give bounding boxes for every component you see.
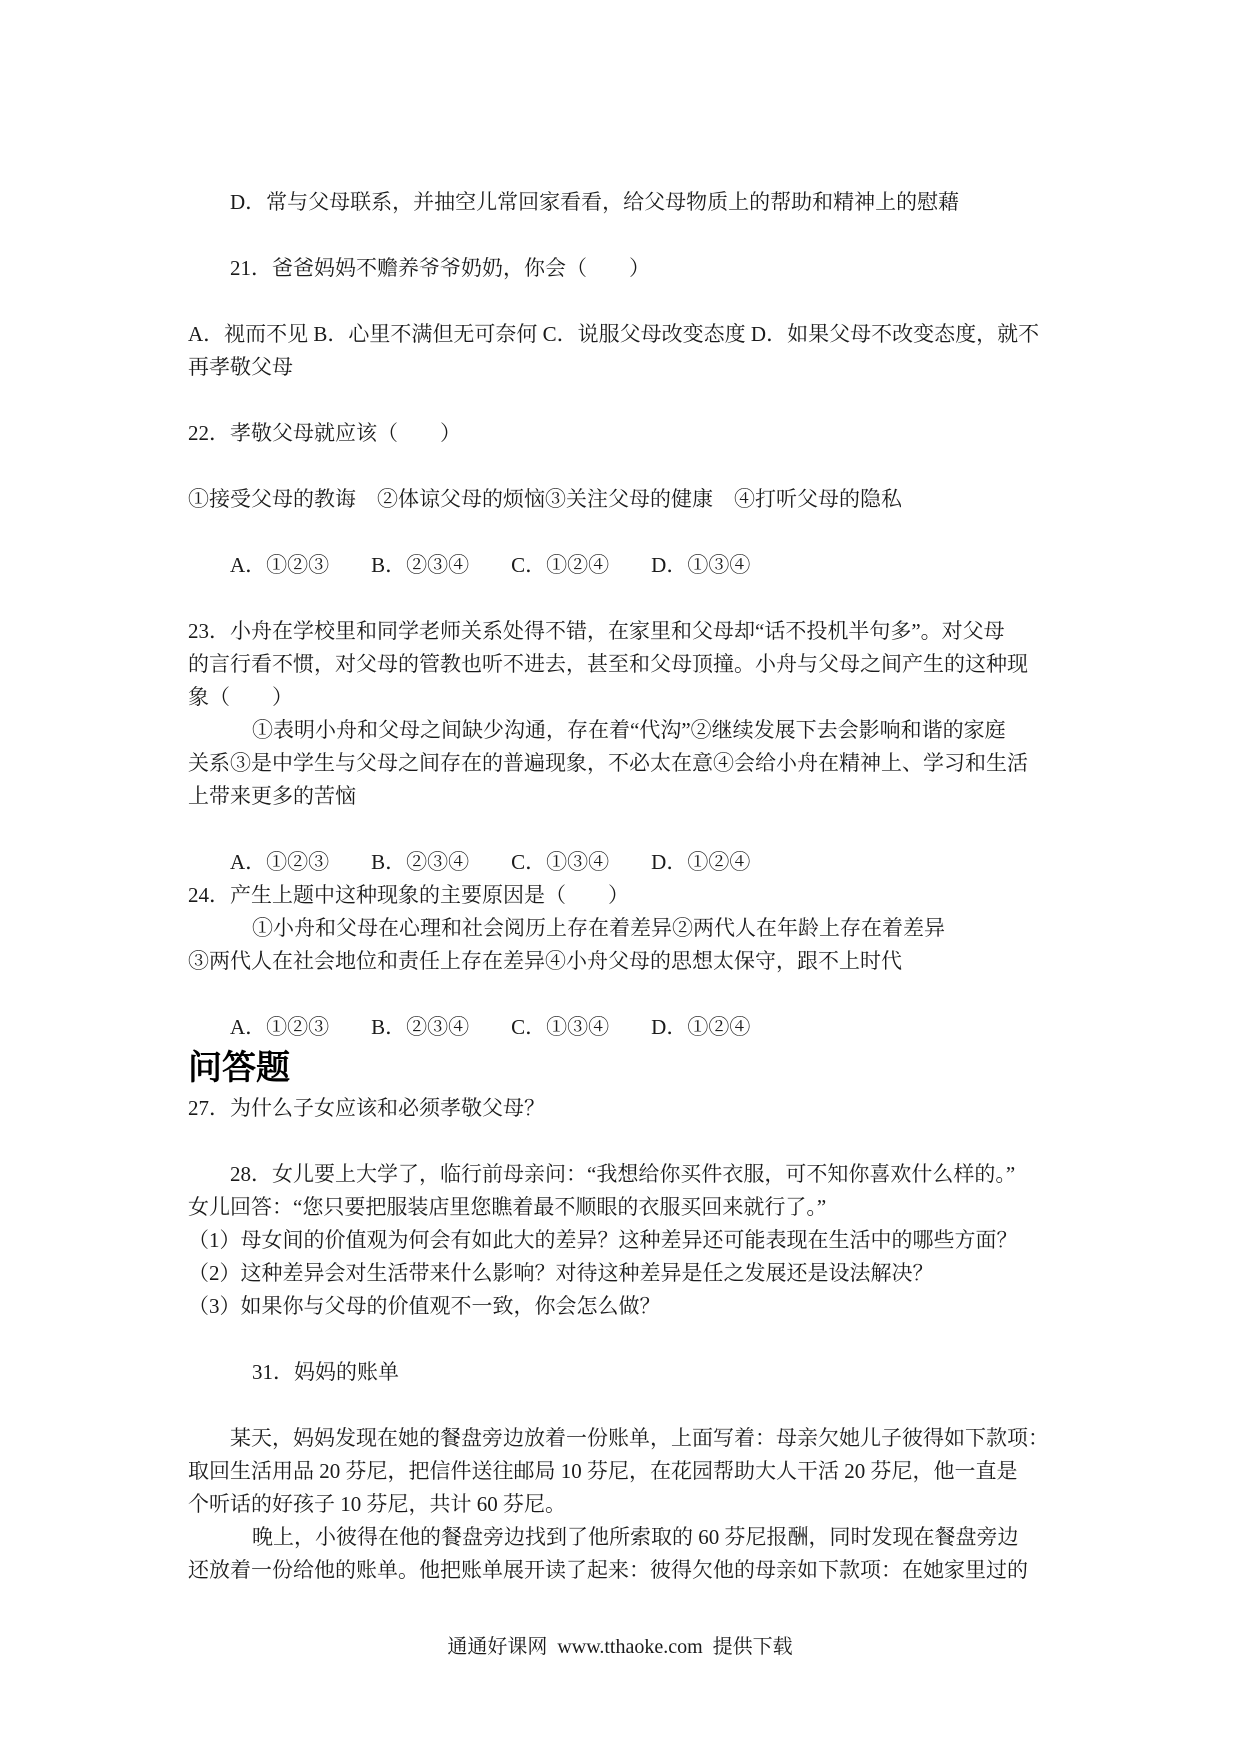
- blank-line: [188, 1389, 1113, 1422]
- text-line: 24．产生上题中这种现象的主要原因是（ ）: [188, 879, 1113, 912]
- blank-line: [188, 384, 1113, 417]
- text-line: 23．小舟在学校里和同学老师关系处得不错，在家里和父母却“话不投机半句多”。对父…: [188, 615, 1113, 648]
- footer-site-name: 通通好课网: [447, 1636, 547, 1658]
- text-line: 还放着一份给他的账单。他把账单展开读了起来：彼得欠他的母亲如下款项：在她家里过的: [188, 1554, 1113, 1587]
- blank-line: [188, 813, 1113, 846]
- text-line: 31．妈妈的账单: [188, 1356, 1113, 1389]
- blank-line: [188, 1323, 1113, 1356]
- text-line: 关系③是中学生与父母之间存在的普遍现象，不必太在意④会给小舟在精神上、学习和生活: [188, 747, 1113, 780]
- blank-line: [188, 450, 1113, 483]
- section-heading: 问答题: [188, 1044, 1113, 1092]
- text-line: A．视而不见 B．心里不满但无可奈何 C．说服父母改变态度 D．如果父母不改变态…: [188, 318, 1113, 351]
- text-line: 28．女儿要上大学了，临行前母亲问：“我想给你买件衣服，可不知你喜欢什么样的。”: [188, 1158, 1113, 1191]
- blank-line: [188, 516, 1113, 549]
- text-line: 的言行看不惯，对父母的管教也听不进去，甚至和父母顶撞。小舟与父母之间产生的这种现: [188, 648, 1113, 681]
- footer-suffix: 提供下载: [713, 1636, 793, 1658]
- text-line: ①小舟和父母在心理和社会阅历上存在着差异②两代人在年龄上存在着差异: [188, 912, 1113, 945]
- blank-line: [188, 978, 1113, 1011]
- blank-line: [188, 219, 1113, 252]
- text-line: 象（ ）: [188, 681, 1113, 714]
- text-line: 27．为什么子女应该和必须孝敬父母？: [188, 1092, 1113, 1125]
- text-line: ①表明小舟和父母之间缺少沟通，存在着“代沟”②继续发展下去会影响和谐的家庭: [188, 714, 1113, 747]
- text-line: ①接受父母的教诲 ②体谅父母的烦恼③关注父母的健康 ④打听父母的隐私: [188, 483, 1113, 516]
- blank-line: [188, 582, 1113, 615]
- text-line: A．①②③ B．②③④ C．①③④ D．①②④: [188, 1011, 1113, 1044]
- document-body: D．常与父母联系，并抽空儿常回家看看，给父母物质上的帮助和精神上的慰藉 21．爸…: [188, 186, 1113, 1587]
- document-page: D．常与父母联系，并抽空儿常回家看看，给父母物质上的帮助和精神上的慰藉 21．爸…: [0, 0, 1240, 1754]
- text-line: 再孝敬父母: [188, 351, 1113, 384]
- text-line: 女儿回答：“您只要把服装店里您瞧着最不顺眼的衣服买回来就行了。”: [188, 1191, 1113, 1224]
- text-line: A．①②③ B．②③④ C．①③④ D．①②④: [188, 846, 1113, 879]
- text-line: ③两代人在社会地位和责任上存在差异④小舟父母的思想太保守，跟不上时代: [188, 945, 1113, 978]
- text-line: 21．爸爸妈妈不赡养爷爷奶奶，你会（ ）: [188, 252, 1113, 285]
- text-line: 晚上，小彼得在他的餐盘旁边找到了他所索取的 60 芬尼报酬，同时发现在餐盘旁边: [188, 1521, 1113, 1554]
- footer-spacer-1: [547, 1636, 557, 1658]
- text-line: 某天，妈妈发现在她的餐盘旁边放着一份账单，上面写着：母亲欠她儿子彼得如下款项：: [188, 1422, 1113, 1455]
- text-line: 22．孝敬父母就应该（ ）: [188, 417, 1113, 450]
- blank-line: [188, 285, 1113, 318]
- text-line: （3）如果你与父母的价值观不一致，你会怎么做？: [188, 1290, 1113, 1323]
- text-line: 上带来更多的苦恼: [188, 780, 1113, 813]
- page-footer: 通通好课网 www.tthaoke.com 提供下载: [0, 1630, 1240, 1659]
- text-line: A．①②③ B．②③④ C．①②④ D．①③④: [188, 549, 1113, 582]
- blank-line: [188, 1125, 1113, 1158]
- footer-spacer-2: [703, 1636, 713, 1658]
- text-line: D．常与父母联系，并抽空儿常回家看看，给父母物质上的帮助和精神上的慰藉: [188, 186, 1113, 219]
- footer-url: www.tthaoke.com: [557, 1636, 702, 1658]
- text-line: （1）母女间的价值观为何会有如此大的差异？这种差异还可能表现在生活中的哪些方面？: [188, 1224, 1113, 1257]
- text-line: 个听话的好孩子 10 芬尼，共计 60 芬尼。: [188, 1488, 1113, 1521]
- text-line: 取回生活用品 20 芬尼，把信件送往邮局 10 芬尼，在花园帮助大人干活 20 …: [188, 1455, 1113, 1488]
- text-line: （2）这种差异会对生活带来什么影响？对待这种差异是任之发展还是设法解决？: [188, 1257, 1113, 1290]
